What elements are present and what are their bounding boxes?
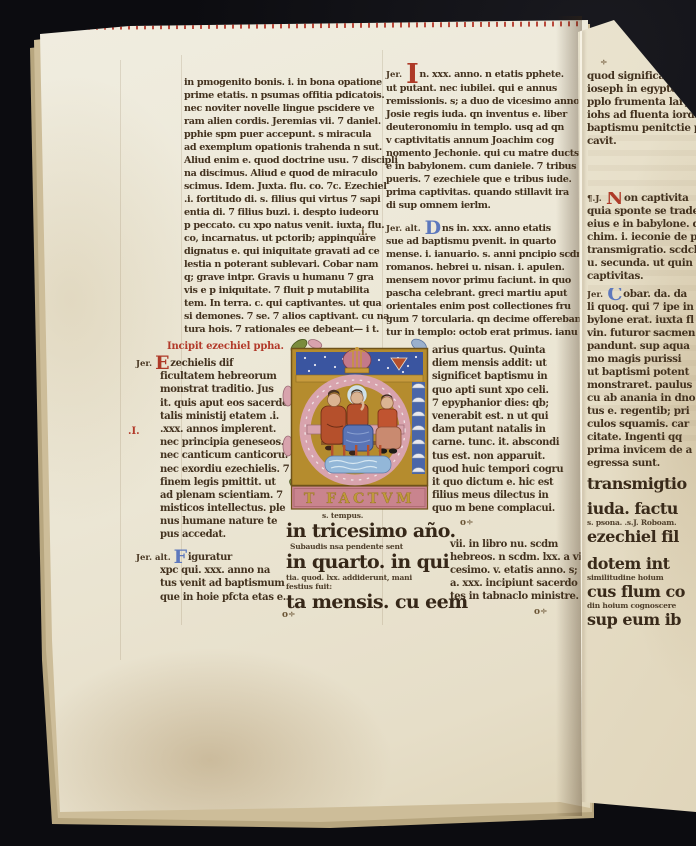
- text-line: tus e. regentib; pri: [587, 405, 696, 418]
- gloss-paragraph-head: Jer. alt. Dns in. xxx. anno etatis: [386, 222, 582, 235]
- text-line: mo magis purissi: [587, 353, 696, 366]
- gloss-column-left-middle: Jer.Ezechielis dif ficultatem hebreorumm…: [160, 357, 286, 542]
- text-line: in pmogenito bonis. i. in bona opatione: [184, 76, 384, 89]
- photographed-manuscript-opening: in pmogenito bonis. i. in bona opationep…: [0, 0, 696, 846]
- bible-text-line: in tricesimo año.: [286, 520, 450, 542]
- text-line: ad plenam scientiam. 7: [160, 489, 286, 502]
- interlinear-gloss: din hoium cognoscere: [587, 601, 696, 610]
- text-line: .xxx. annos implerent.: [160, 423, 286, 436]
- text-line: citate. Ingenti qq: [587, 431, 696, 444]
- text-line: entia di. 7 filius buzi. i. despto iudeo…: [184, 206, 384, 219]
- text-line: prime etatis. n psumas offitia pdicatois…: [184, 89, 384, 102]
- text-line: nec exordiu ezechielis. 7: [160, 463, 286, 476]
- head-text: zechielis dif: [170, 358, 233, 369]
- text-line: chim. i. ieconie de p: [587, 231, 696, 244]
- text-line: lestia n poterant sublevari. Cobar nam: [184, 258, 384, 271]
- bible-text-line: iuda. factu: [587, 499, 696, 518]
- folio2-gloss-lower: Jer. Cobar. da. da li quoq. qui 7 ipe in…: [587, 288, 696, 470]
- text-line: ad exemplum opationis trahenda n sut.: [184, 141, 384, 154]
- source-marker: Jer. alt.: [386, 224, 421, 234]
- text-line: romanos. hebrei u. nisan. i. apulen.: [386, 261, 582, 274]
- text-line: si demones. 7 se. 7 alios captivant. cu …: [184, 310, 384, 323]
- text-line: transmigratio. scdcl: [587, 244, 696, 257]
- text-line: orientales enim post collectiones fru: [386, 300, 582, 313]
- text-line: prima captivitas. quando stillavit ira: [386, 186, 582, 199]
- text-line: ficultatem hebreorum: [160, 370, 286, 383]
- interlinear-gloss: similitudine hoium: [587, 573, 696, 582]
- text-line: scimus. Idem. Juxta. flu. co. 7c. Ezechi…: [184, 180, 384, 193]
- text-line: vin. futuror sacmen: [587, 327, 696, 340]
- tie-mark: o÷: [460, 518, 474, 528]
- band-text: T FACTVM: [304, 491, 415, 507]
- text-line: xpc qui. xxx. anno na: [160, 564, 290, 577]
- interlinear-gloss: festius fuit:: [286, 582, 450, 591]
- source-marker: Jer.: [386, 70, 402, 80]
- text-line: quia sponte se traden: [587, 205, 696, 218]
- text-line: cavit.: [587, 135, 696, 148]
- text-line: monstraret. paulus: [587, 379, 696, 392]
- text-line: v captivitatis annum Joachim cog: [386, 134, 582, 147]
- text-line: vis e p iniquitate. 7 fluit p mutabilita: [184, 284, 384, 297]
- gloss-paragraph-head: Jer.Ezechielis dif: [160, 357, 286, 370]
- text-line: dignatus e. qui iniquitate gravati ad ce: [184, 245, 384, 258]
- text-line: nec canticum canticoru.: [160, 449, 286, 462]
- illuminated-initial-miniature: T FACTVM: [291, 348, 428, 510]
- text-line: baptismu penitctie p: [587, 122, 696, 135]
- text-line: pascha celebrant. greci martiu aput: [386, 287, 582, 300]
- text-line: nec principia geneseos.: [160, 436, 286, 449]
- text-line: li quoq. qui 7 ipe in: [587, 301, 696, 314]
- text-line: pandunt. sup aqua: [587, 340, 696, 353]
- text-line: misticos intellectus. ple: [160, 502, 286, 515]
- head-text: ns in. xxx. anno etatis: [442, 223, 551, 234]
- text-line: ioseph in egypto eluvi: [587, 83, 696, 96]
- display-script-band: T FACTVM: [292, 486, 428, 509]
- folio2-bible-text: transmigtio iuda. factu s. psona. .s.J. …: [587, 474, 696, 629]
- text-line: co, incarnatus. ut pctorib; appinquare: [184, 232, 384, 245]
- tie-mark: ÷: [600, 58, 608, 68]
- bible-text-line: cus flum co: [587, 582, 696, 601]
- bible-text-line: in quarto. in qui: [286, 551, 450, 573]
- text-line: q; grave intpr. Gravis u humanu 7 gra: [184, 271, 384, 284]
- source-marker: Jer.: [587, 290, 603, 300]
- text-line: eius e in babylone. q: [587, 218, 696, 231]
- text-line: Aliud enim e. quod doctrine usu. 7 disci…: [184, 154, 384, 167]
- text-line: ram alien cordis. Jeremias vii. 7 daniel…: [184, 115, 384, 128]
- text-line: talis ministij etatem .i.: [160, 410, 286, 423]
- text-line: remissionis. s; a duo de vicesimo anno: [386, 95, 582, 108]
- text-line: tem. In terra. c. qui captivantes. ut qu…: [184, 297, 384, 310]
- text-line: quod significavit pcess: [587, 70, 696, 83]
- head-text: on captivita: [624, 192, 689, 204]
- text-line: bylone erat. iuxta fl: [587, 314, 696, 327]
- text-line: pus accedat.: [160, 528, 286, 541]
- bible-text-line: transmigtio: [587, 474, 696, 493]
- source-marker: Jer.: [136, 359, 154, 369]
- text-line: Josie regis iuda. qn inventus e. liber: [386, 108, 582, 121]
- gloss-paragraph-head: Jer. alt.Figuratur: [160, 551, 290, 564]
- text-line: prima invicem de a: [587, 444, 696, 457]
- gutter-shadow: [556, 16, 582, 816]
- text-line: pueris. 7 ezechiele que e tribus iude.: [386, 173, 582, 186]
- head-text: obar. da. da: [623, 288, 687, 300]
- gloss-column-left-bottom: Jer. alt.Figuratur xpc qui. xxx. anno na…: [160, 551, 290, 604]
- text-line: nec noviter novelle lingue pscidere ve: [184, 102, 384, 115]
- tie-mark: o÷: [534, 607, 548, 617]
- text-line: nus humane nature te: [160, 515, 286, 528]
- gloss-column-left-upper: in pmogenito bonis. i. in bona opationep…: [184, 76, 384, 336]
- text-line: sue ad baptismu pvenit. in quarto: [386, 235, 582, 248]
- text-line: que in hoie pfcta etas e.: [160, 591, 290, 604]
- bible-text-column: s. tempus. in tricesimo año. Subaudis ns…: [286, 511, 450, 613]
- text-line: p peccato. cu xpo natus venit. iuxta. fl…: [184, 219, 384, 232]
- text-line: tur in templo: octob erat primus. ianu: [386, 326, 582, 339]
- source-marker: ¶.J.: [587, 194, 602, 204]
- chapter-numeral: .I.: [128, 426, 140, 437]
- interlinear-gloss: s. psona. .s.J. Roboam.: [587, 518, 696, 527]
- bible-text-line: dotem int: [587, 554, 696, 573]
- ruling-line: [120, 60, 121, 660]
- interlinear-gloss: tia. quod. lxx. addiderunt, mani: [286, 573, 450, 582]
- head-text: n. xxx. anno. n etatis pphete.: [419, 69, 563, 80]
- text-line: monstrat traditio. Jus: [160, 383, 286, 396]
- head-text: iguratur: [188, 552, 232, 563]
- gloss-paragraph-head: Jer. In. xxx. anno. n etatis pphete.: [386, 68, 582, 82]
- text-line: deuteronomiu in templo. usq ad qn: [386, 121, 582, 134]
- text-line: cu ab anania in dno: [587, 392, 696, 405]
- text-line: ut baptismi potent: [587, 366, 696, 379]
- intercolumn-mark: .i.: [358, 228, 368, 238]
- miniature-figures: [321, 385, 401, 474]
- text-line: egressa sunt.: [587, 457, 696, 470]
- text-line: it. quis aput eos sacerdo: [160, 397, 286, 410]
- text-line: e in babylonem. cum daniele. 7 tribus: [386, 160, 582, 173]
- text-line: tura hois. 7 rationales ee debeant— i t.: [184, 323, 384, 336]
- text-line: gum 7 torcularia. qn decime offereban: [386, 313, 582, 326]
- text-line: ut putant. nec iubilei. qui e annus: [386, 82, 582, 95]
- scallop-ornament: [412, 382, 425, 474]
- source-marker: Jer. alt.: [136, 553, 173, 563]
- text-line: di sup omnem ierlm.: [386, 199, 582, 212]
- text-line: culos squamis. car: [587, 418, 696, 431]
- text-line: u. secunda. ut quin: [587, 257, 696, 270]
- folio2-gloss-middle: ¶.J. Non captivita quia sponte se traden…: [587, 192, 696, 283]
- red-stained-top-edge: [88, 21, 582, 29]
- interlinear-gloss: s. tempus.: [322, 511, 450, 520]
- incipit-rubric: Incipit ezechiel ppha.: [167, 341, 284, 352]
- text-line: mensem novor primu faciunt. in quo: [386, 274, 582, 287]
- text-line: mense. i. ianuario. s. anni pncipio scdm: [386, 248, 582, 261]
- text-line: na discimus. Aliud e quod de miraculo: [184, 167, 384, 180]
- bible-text-line: ezechiel fil: [587, 527, 696, 546]
- bible-text-line: sup eum ib: [587, 610, 696, 629]
- gloss-column-right-middle: Jer. alt. Dns in. xxx. anno etatis sue a…: [386, 222, 582, 339]
- text-line: .i. fortitudo di. s. filius qui virtus 7…: [184, 193, 384, 206]
- text-line: pphie spm puer accepunt. s miracula: [184, 128, 384, 141]
- text-line: nomento Jechonie. qui cu matre ducts: [386, 147, 582, 160]
- gloss-paragraph-head: ¶.J. Non captivita: [587, 192, 696, 205]
- text-line: pplo frumenta largu: [587, 96, 696, 109]
- gloss-column-right-upper: Jer. In. xxx. anno. n etatis pphete. ut …: [386, 68, 582, 212]
- text-line: captivitas.: [587, 270, 696, 283]
- river-chebar: [325, 456, 391, 473]
- bible-text-line: ta mensis. cu eem: [286, 591, 450, 613]
- folio2-gloss-upper: quod significavit pcessioseph in egypto …: [587, 70, 696, 148]
- text-line: iohs ad fluenta iordan: [587, 109, 696, 122]
- interlinear-gloss: Subaudis nsa pendente sent: [290, 542, 450, 551]
- text-line: tus venit ad baptismum: [160, 577, 290, 590]
- text-line: finem legis pmittit. ut: [160, 476, 286, 489]
- gloss-paragraph-head: Jer. Cobar. da. da: [587, 288, 696, 301]
